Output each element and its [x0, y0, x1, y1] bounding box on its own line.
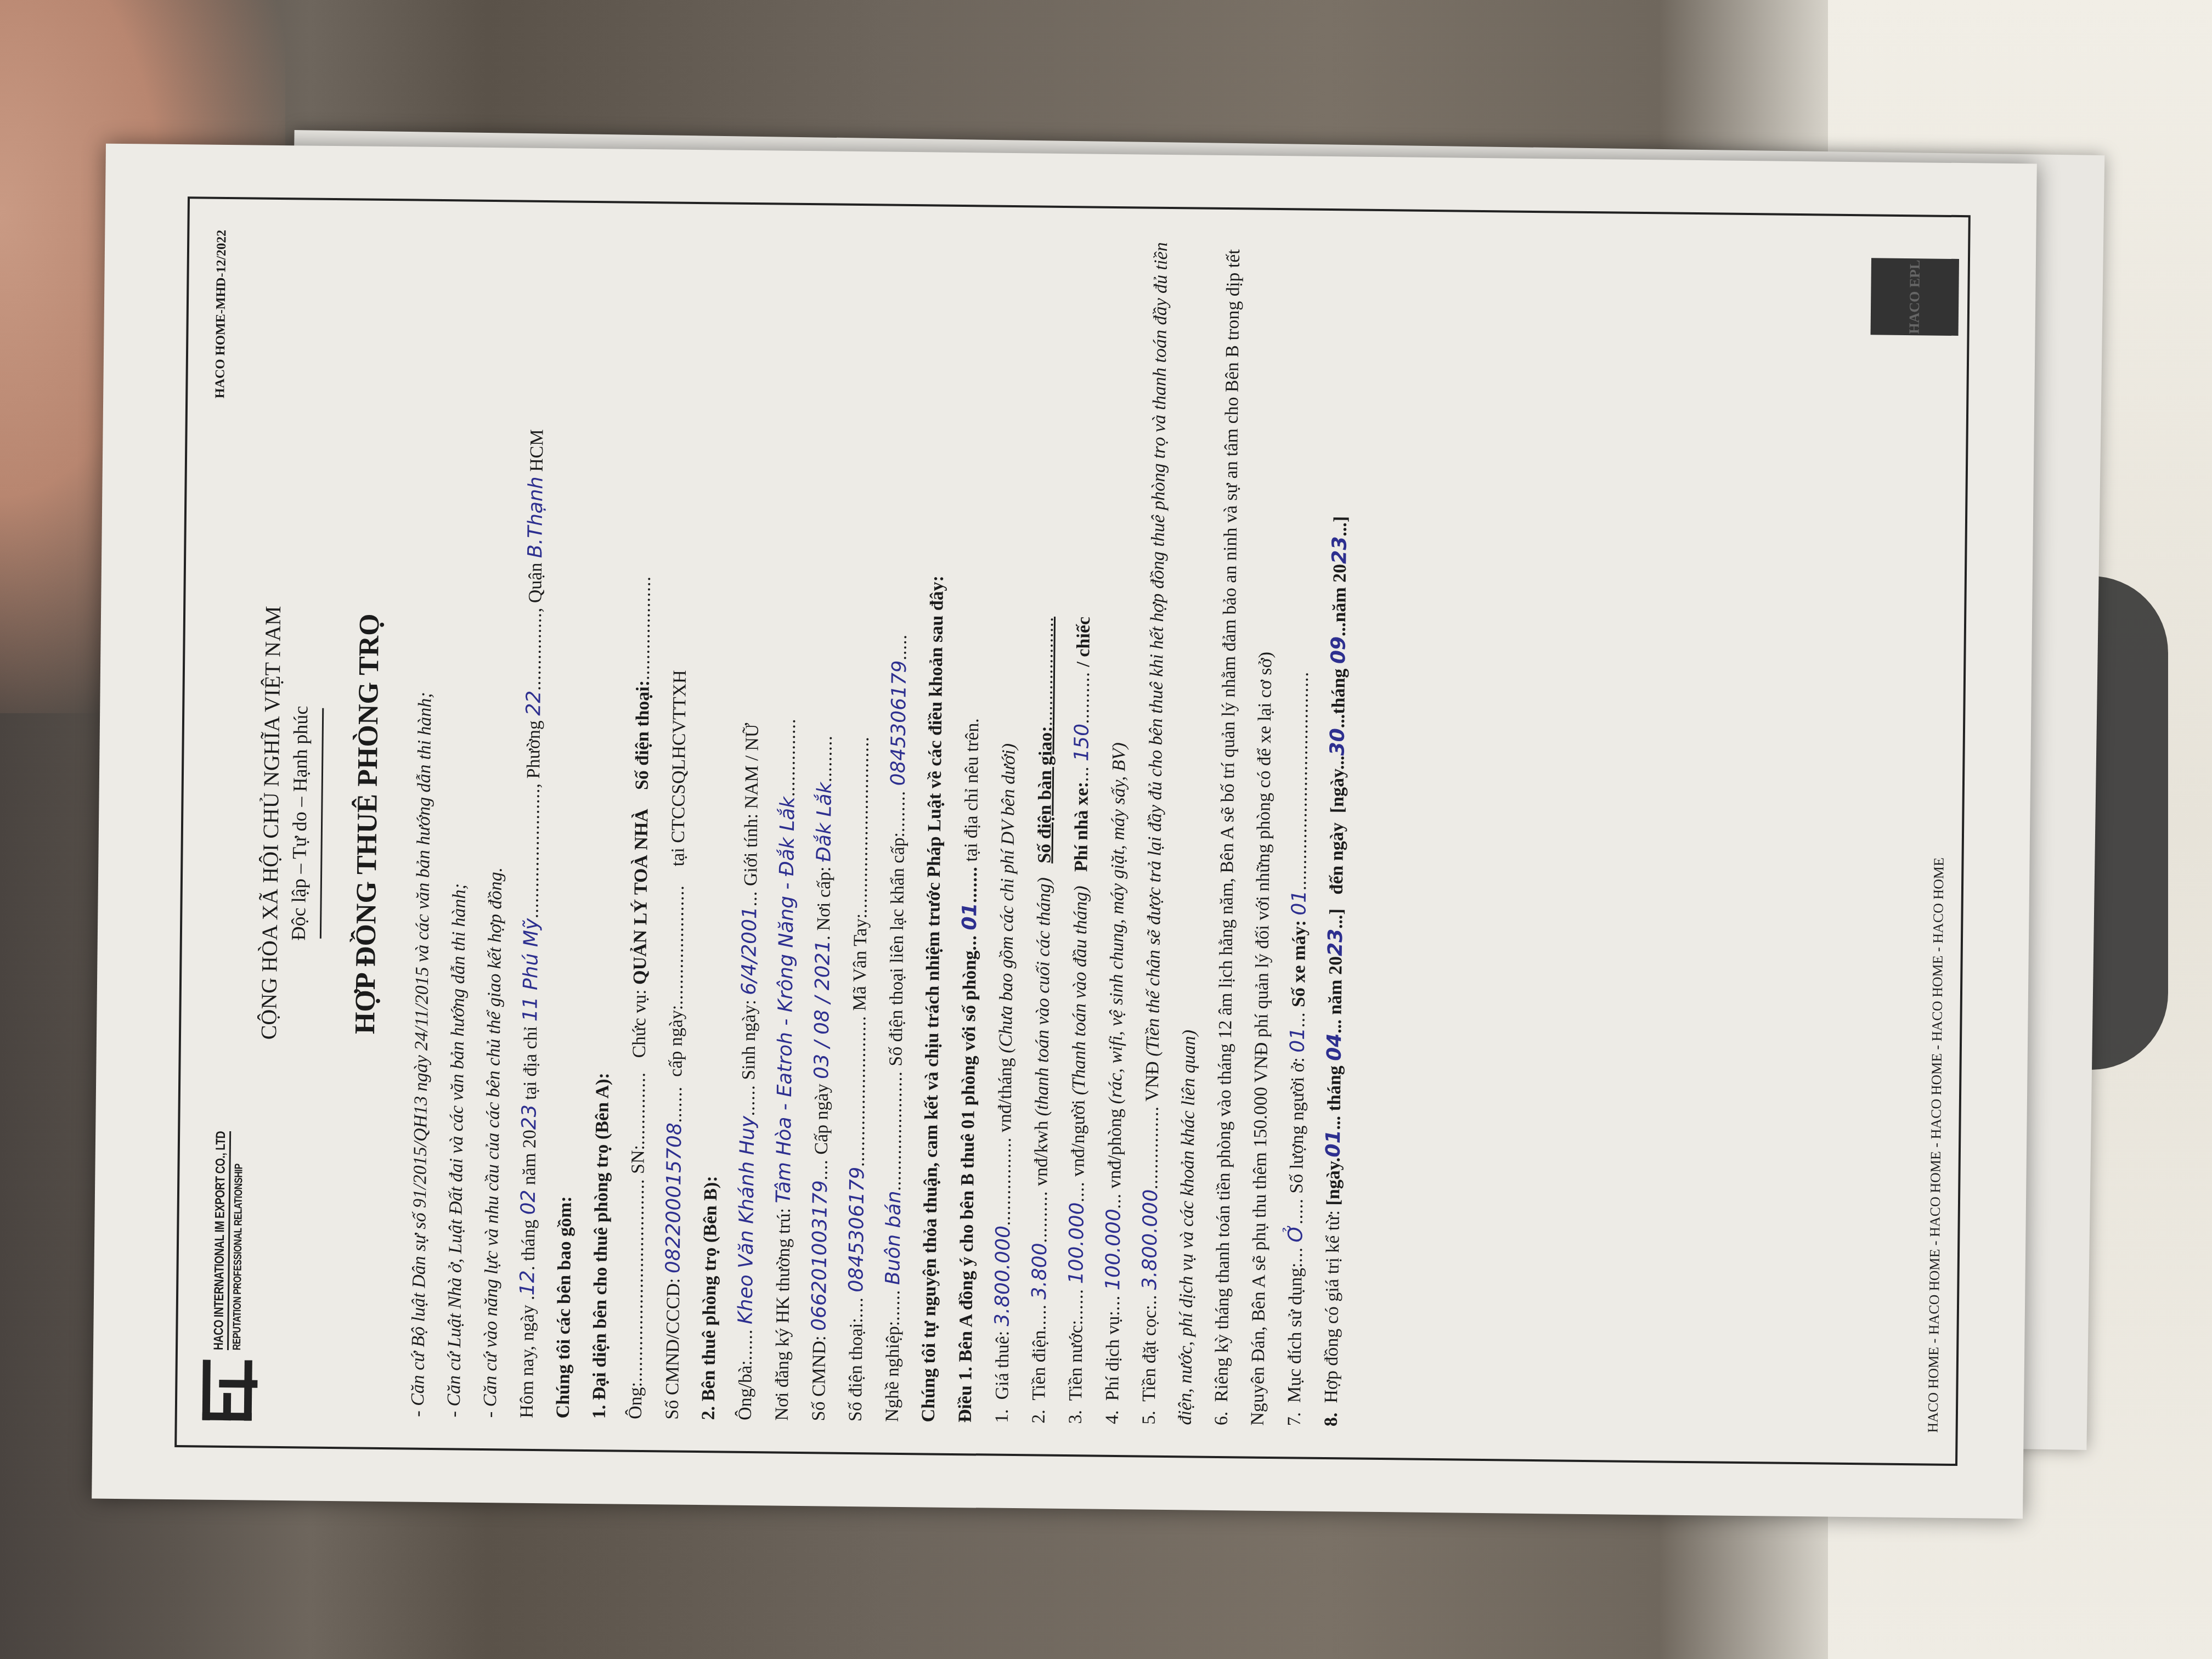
party-b-id[interactable]: 066201003179	[808, 1180, 832, 1331]
date-year[interactable]: 23	[518, 1104, 540, 1130]
date-district[interactable]: B.Thạnh	[524, 476, 548, 558]
item-deposit: 5. Tiền đặt cọc:.. 3.800.000............…	[1131, 239, 1216, 1425]
company-logo: HACO INTERNATIONAL IM EXPORT CO., LTD RE…	[197, 1076, 261, 1421]
party-b-residence[interactable]: Tâm Hòa - Eatroh - Krông Năng - Đắk Lắk	[772, 797, 799, 1204]
electricity-value[interactable]: 3.800	[1028, 1243, 1051, 1299]
date-day[interactable]: 12	[516, 1270, 539, 1295]
logo-mark-icon	[197, 1360, 258, 1421]
date-address[interactable]: 11 Phú Mỹ	[519, 918, 543, 1022]
date-month[interactable]: 02	[517, 1189, 540, 1215]
company-tagline: REPUTATION PROFESSIONAL RELATIONSHIP	[227, 1131, 247, 1350]
rent-value[interactable]: 3.800.000	[991, 1226, 1015, 1327]
water-value[interactable]: 100.000	[1065, 1202, 1088, 1284]
company-name: HACO INTERNATIONAL IM EXPORT CO., LTD	[211, 1131, 229, 1350]
from-year[interactable]: 23	[1324, 929, 1347, 957]
party-b-issued[interactable]: 03 / 08 / 2021	[810, 940, 834, 1079]
occupant-count[interactable]: 01	[1286, 1028, 1309, 1053]
parking-fee[interactable]: 150	[1070, 724, 1093, 761]
service-fee-value[interactable]: 100.000	[1102, 1209, 1125, 1290]
room-number[interactable]: 01	[958, 902, 981, 930]
contract-page: HACO INTERNATIONAL IM EXPORT CO., LTD RE…	[92, 144, 2037, 1519]
item-tet-fee: 6. Riêng kỳ tháng thanh toán tiền phòng …	[1204, 240, 1289, 1426]
from-day[interactable]: 01	[1322, 1130, 1345, 1158]
document-code: HACO HOME-MHD-12/2022	[213, 230, 229, 399]
party-b-emergency-phone[interactable]: 0845306179	[887, 660, 911, 786]
to-month[interactable]: 09	[1327, 636, 1350, 664]
party-a-id[interactable]: 082200015708	[662, 1122, 686, 1273]
deposit-value[interactable]: 3.800.000	[1138, 1189, 1162, 1290]
date-ward[interactable]: 22	[522, 691, 545, 716]
party-b-gender[interactable]: NAM / NỮ	[741, 723, 763, 809]
party-b-issued-place[interactable]: Đắk Lắk	[812, 782, 836, 862]
haco-badge: HACO EPL	[1871, 258, 1959, 336]
contract-body: - Căn cứ Bộ luật Dân sự số 91/2015/QH13 …	[400, 232, 1362, 1426]
party-b-name[interactable]: Kheo Văn Khánh Huy	[735, 1116, 759, 1324]
usage-purpose[interactable]: Ở	[1284, 1224, 1307, 1242]
page-content: HACO INTERNATIONAL IM EXPORT CO., LTD RE…	[125, 163, 2004, 1499]
party-b-dob[interactable]: 6/4/2001	[738, 906, 761, 995]
party-a-position: QUẢN LÝ TOÀ NHÀ	[630, 809, 652, 985]
bike-count[interactable]: 01	[1288, 890, 1310, 916]
party-b-phone[interactable]: 0845306179	[845, 1166, 868, 1292]
to-day[interactable]: 30	[1326, 728, 1349, 756]
to-year[interactable]: 23	[1328, 536, 1351, 564]
from-month[interactable]: 04	[1323, 1033, 1346, 1061]
party-b-job[interactable]: Buôn bán	[882, 1190, 905, 1285]
